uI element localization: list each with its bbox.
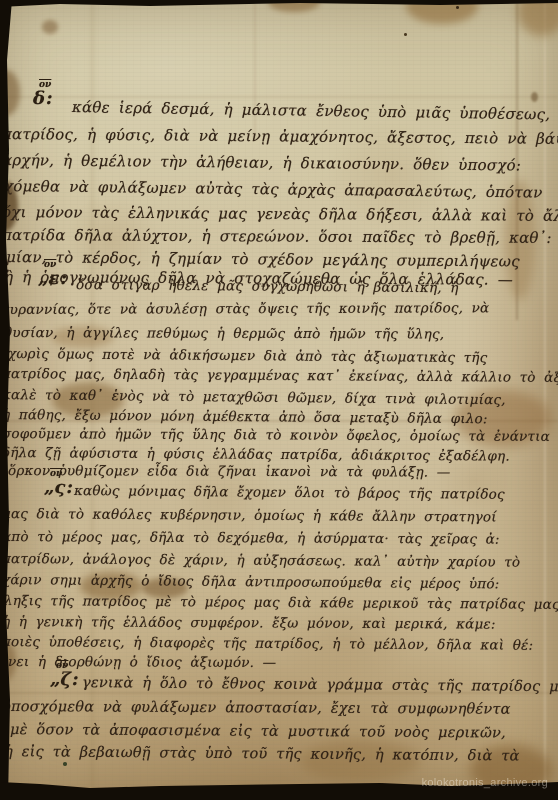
manuscript-line: ὄχι μόνον τὰς ἑλληνικάς μας γενεὰς δῆλα …	[2, 205, 558, 224]
manuscript-line: δῆλα ζῇ ἀφύσιστα ἡ φύσις ἑλλάδας πατρίδα…	[2, 447, 510, 464]
paragraph-marker: „εον:	[38, 270, 67, 288]
paragraph-marker: δον:	[33, 90, 53, 108]
marker-numeral: ζ	[60, 669, 71, 690]
manuscript-line: ὑποσχόμεθα νὰ φυλάξωμεν ἀποστασίαν, ἔχει…	[2, 700, 511, 717]
marker-prefix: „	[38, 268, 48, 289]
manuscript-line: ὅρκον ῥυθμίζομεν εἶδα διὰ ζῆναι ἱκανοὶ ν…	[8, 465, 451, 480]
manuscript-line: ὅσα στιγὰρ ἤθελε μᾶς συγχωρηθῶσι ἡ βασιλ…	[76, 279, 459, 296]
marker-colon: :	[46, 88, 53, 109]
marker-colon: :	[66, 477, 73, 498]
marker-superscript: ον	[50, 470, 62, 479]
marker-numeral: δ	[33, 88, 45, 109]
manuscript-line: μὲ ὅσον τὰ ἀποφασισμένα εἰς τὰ μυστικά τ…	[10, 723, 506, 741]
manuscript-line: πατρίδων, ἀνάλογος δὲ χάριν, ἡ αὐξησάσεω…	[2, 553, 520, 570]
marker-superscript: ον	[39, 81, 51, 90]
manuscript-line: πατρίδα δῆλα ἀλύχτον, ἡ στερεώνον. ὅσοι …	[2, 228, 552, 246]
manuscript-line: ἡ ἡ γενικὴ τῆς ἑλλάδος συμφέρον. ἔξω μόν…	[2, 616, 496, 632]
manuscript-line: ἀπὸ τὸ μέρος μας, δῆλα τὸ δεχόμεθα, ἡ ἀσ…	[2, 531, 500, 547]
watermark: kolokotronis_archive.org	[422, 777, 548, 789]
marker-numeral: ε	[48, 268, 59, 289]
marker-superscript: ον	[56, 662, 68, 671]
paragraph-marker: „ζον:	[50, 671, 79, 689]
marker-prefix: „	[44, 477, 54, 498]
marker-numeral: ς	[54, 477, 65, 498]
marker-colon: :	[72, 669, 79, 690]
manuscript-line: θυσίαν, ἡ ἀγγίλες πεθύμως ἡ θερμῶς ἀπὸ ἡ…	[4, 327, 444, 342]
manuscript-line: τυραννίας, ὅτε νὰ ἀσυλέσῃ στὰς ὄψεις τῆς…	[2, 302, 489, 317]
marker-colon: :	[60, 268, 67, 289]
manuscript-line: σοφοῦμεν ἀπὸ ἡμῶν τῆς ὕλης διὰ τὸ κοινὸν…	[2, 428, 558, 445]
manuscript-line: μίαν, τὸ κέρδος, ἡ ζημίαν τὸ σχέδον μεγά…	[6, 250, 520, 269]
marker-superscript: ον	[44, 261, 56, 270]
manuscript-line: μας διὰ τὸ καθόλες κυβέρνησιν, ὁμοίως ἡ …	[2, 508, 497, 525]
manuscript-line: νει ἡ διορθώνῃ ὁ ἴδιος ἀξιωμόν. —	[8, 656, 276, 670]
paragraph-marker: „ςον:	[44, 479, 73, 497]
scanned-manuscript-page: δον:κάθε ἱερά δεσμά, ἡ μάλιστα ἔνθεος ὑπ…	[0, 0, 558, 800]
marker-prefix: „	[50, 669, 60, 690]
